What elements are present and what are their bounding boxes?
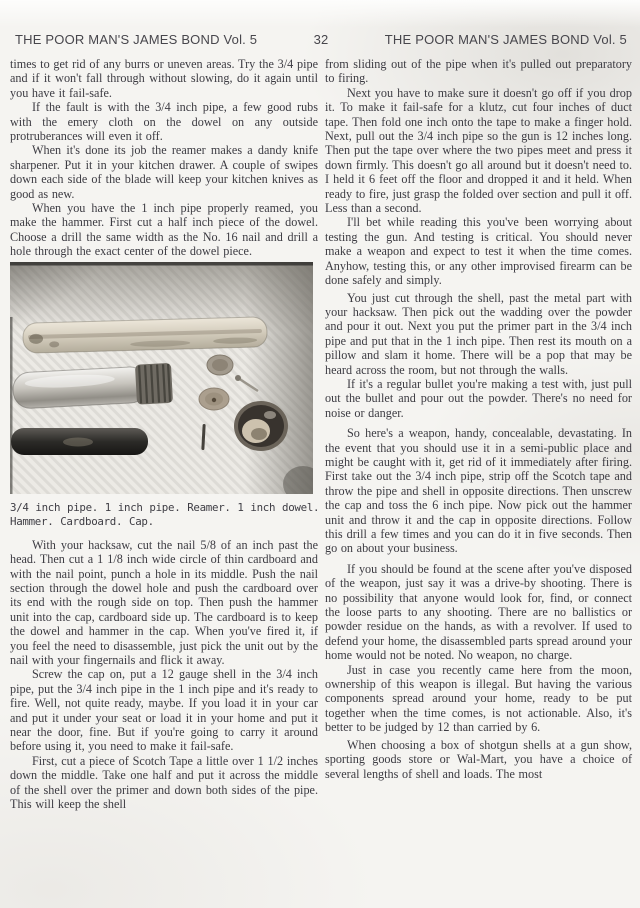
paragraph: With your hacksaw, cut the nail 5/8 of a… xyxy=(10,538,318,668)
header-left-title: THE POOR MAN'S JAMES BOND Vol. 5 xyxy=(15,32,286,47)
paragraph: So here's a weapon, handy, concealable, … xyxy=(325,426,632,556)
hammer-disc-item xyxy=(199,388,229,410)
paragraph: Just in case you recently came here from… xyxy=(325,663,632,735)
paragraph: If you should be found at the scene afte… xyxy=(325,562,632,663)
dowel-item xyxy=(23,316,268,352)
page-number: 32 xyxy=(286,32,356,47)
paragraph: You just cut through the shell, past the… xyxy=(325,291,632,377)
components-photo-image xyxy=(10,262,313,494)
photo-caption-line-2: Hammer. Cardboard. Cap. xyxy=(10,515,318,530)
photo-caption: 3/4 inch pipe. 1 inch pipe. Reamer. 1 in… xyxy=(10,501,318,530)
cap-item xyxy=(234,401,288,451)
paragraph: Next you have to make sure it doesn't go… xyxy=(325,86,632,216)
components-photo xyxy=(10,262,313,494)
paragraph: from sliding out of the pipe when it's p… xyxy=(325,57,632,86)
dowel-piece-item xyxy=(207,355,233,375)
left-column: times to get rid of any burrs or uneven … xyxy=(10,57,318,811)
photo-top-border xyxy=(10,262,313,266)
paragraph: When it's done its job the reamer makes … xyxy=(10,143,318,201)
paragraph: First, cut a piece of Scotch Tape a litt… xyxy=(10,754,318,812)
photo-right-vignette xyxy=(245,262,313,494)
paragraph: If the fault is with the 3/4 inch pipe, … xyxy=(10,100,318,143)
paragraph: When choosing a box of shotgun shells at… xyxy=(325,738,632,781)
header-right-title: THE POOR MAN'S JAMES BOND Vol. 5 xyxy=(356,32,627,47)
paragraph: times to get rid of any burrs or uneven … xyxy=(10,57,318,100)
paragraph: When you have the 1 inch pipe properly r… xyxy=(10,201,318,259)
photo-left-border xyxy=(10,317,13,494)
photo-caption-line-1: 3/4 inch pipe. 1 inch pipe. Reamer. 1 in… xyxy=(10,501,318,516)
three-quarter-inch-pipe-item xyxy=(11,428,148,455)
paragraph: If it's a regular bullet you're making a… xyxy=(325,377,632,420)
right-column: from sliding out of the pipe when it's p… xyxy=(325,57,632,781)
paragraph: I'll bet while reading this you've been … xyxy=(325,215,632,287)
paragraph: Screw the cap on, put a 12 gauge shell i… xyxy=(10,667,318,753)
scanned-book-page: THE POOR MAN'S JAMES BOND Vol. 5 32 THE … xyxy=(0,0,640,908)
page-header: THE POOR MAN'S JAMES BOND Vol. 5 32 THE … xyxy=(15,32,627,47)
